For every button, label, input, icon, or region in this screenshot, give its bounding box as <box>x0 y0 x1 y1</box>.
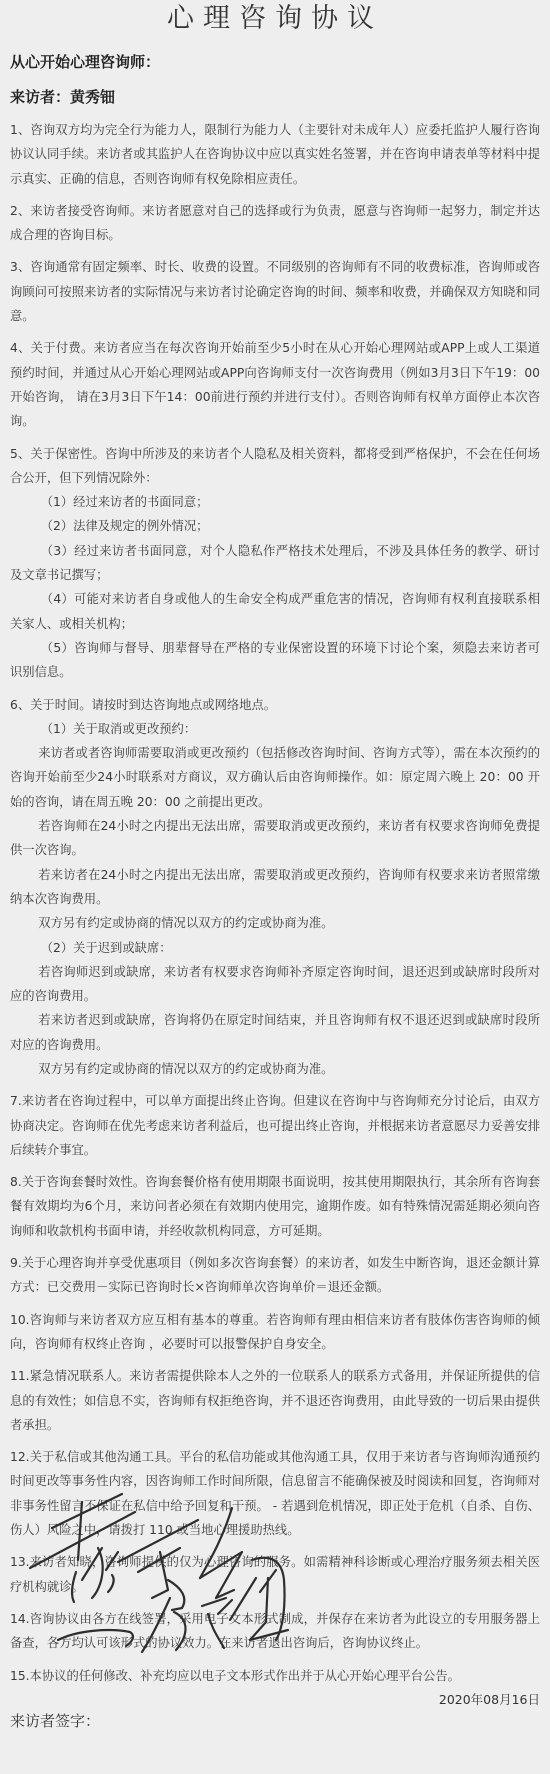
clause-2: 2、来访者接受咨询师。来访者愿意对自己的选择或行为负责，愿意与咨询师一起努力，制… <box>10 199 540 248</box>
clause-6-item: 若来访者在24小时之内提出无法出席，需要取消或更改预约，咨询师有权要求来访者照常… <box>10 863 540 912</box>
document-title: 心理咨询协议 <box>10 0 540 40</box>
clause-9: 9.关于心理咨询并享受优惠项目（例如多次咨询套餐）的来访者，如发生中断咨询，退还… <box>10 1251 540 1300</box>
signing-date: 2020年08月16日 <box>439 1690 540 1708</box>
clause-list: 1、咨询双方均为完全行为能力人，限制行为能力人（主要针对未成年人）应委托监护人履… <box>10 118 540 1688</box>
clause-10: 10.咨询师与来访者双方应互相有基本的尊重。若咨询师有理由相信来访者有肢体伤害咨… <box>10 1308 540 1357</box>
clause-7: 7.来访者在咨询过程中，可以单方面提出终止咨询。但建议在咨询中与咨询师充分讨论后… <box>10 1089 540 1162</box>
visitor-name: 来访者：黄秀钿 <box>10 84 540 110</box>
clause-6-subheading: （2）关于迟到或缺席： <box>10 936 540 960</box>
clause-6-item: 双方另有约定或协商的情况以双方的约定或协商为准。 <box>10 911 540 935</box>
addressee-line: 从心开始心理咨询师： <box>10 49 540 75</box>
clause-3: 3、咨询通常有固定频率、时长、收费的设置。不同级别的咨询师有不同的收费标准，咨询… <box>10 255 540 328</box>
clause-5: 5、关于保密性。咨询中所涉及的来访者个人隐私及相关资料，都将受到严格保护，不会在… <box>10 442 540 491</box>
agreement-page: 心理咨询协议 从心开始心理咨询师： 来访者：黄秀钿 1、咨询双方均为完全行为能力… <box>0 0 550 1731</box>
clause-6-item: 双方另有约定或协商的情况以双方的约定或协商为准。 <box>10 1057 540 1081</box>
clause-6: 6、关于时间。请按时到达咨询地点或网络地点。 <box>10 693 540 717</box>
clause-6-item: 若来访者迟到或缺席，咨询将仍在原定时间结束，并且咨询师有权不退还迟到或缺席时段所… <box>10 1008 540 1057</box>
clause-4: 4、关于付费。来访者应当在每次咨询开始前至少5小时在从心开始心理网站或APP上或… <box>10 336 540 433</box>
clause-6-subheading: （1）关于取消或更改预约： <box>10 717 540 741</box>
clause-5-item: （1）经过来访者的书面同意； <box>10 490 540 514</box>
clause-1: 1、咨询双方均为完全行为能力人，限制行为能力人（主要针对未成年人）应委托监护人履… <box>10 118 540 191</box>
clause-6-item: 来访者或者咨询师需要取消或更改预约（包括修改咨询时间、咨询方式等），需在本次预约… <box>10 741 540 814</box>
clause-5-item: （4）可能对来访者自身或他人的生命安全构成严重危害的情况，咨询师有权利直接联系相… <box>10 587 540 636</box>
clause-15: 15.本协议的任何修改、补充均应以电子文本形式作出并于从心开始心理平台公告。 <box>10 1664 540 1688</box>
signature-label: 来访者签字： <box>10 1710 540 1731</box>
clause-6-item: 若咨询师迟到或缺席，来访者有权要求咨询师补齐原定咨询时间，退还迟到或缺席时段所对… <box>10 960 540 1009</box>
clause-5-item: （3）经过来访者书面同意，对个人隐私作严格技术处理后，不涉及具体任务的教学、研讨… <box>10 539 540 588</box>
clause-6-item: 若咨询师在24小时之内提出无法出席，需要取消或更改预约，来访者有权要求咨询师免费… <box>10 814 540 863</box>
clause-5-item: （5）咨询师与督导、朋辈督导在严格的专业保密设置的环境下讨论个案，须隐去来访者可… <box>10 636 540 685</box>
clause-11: 11.紧急情况联系人。来访者需提供除本人之外的一位联系人的联系方式备用，并保证所… <box>10 1364 540 1437</box>
handwritten-signature <box>20 1480 300 1660</box>
clause-5-item: （2）法律及规定的例外情况； <box>10 514 540 538</box>
clause-8: 8.关于咨询套餐时效性。咨询套餐价格有使用期限书面说明，按其使用期限执行，其余所… <box>10 1170 540 1243</box>
